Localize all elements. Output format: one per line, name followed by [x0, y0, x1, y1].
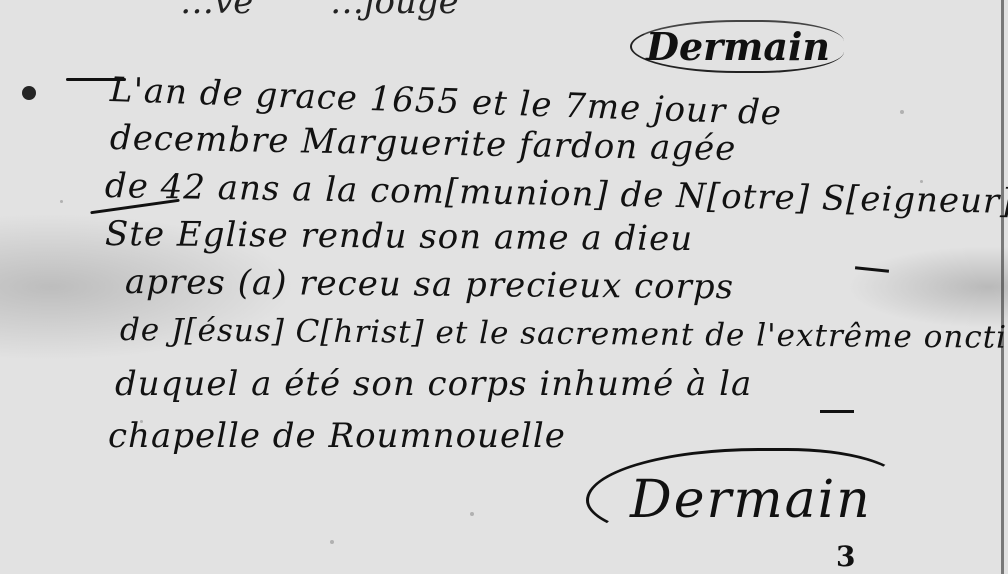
document-scan: …ve …jouge Dermain L'an de grace 1655 et…	[0, 0, 1008, 574]
signature: Dermain	[590, 470, 872, 530]
entry-line-4: Ste Eglise rendu son ame a dieu	[105, 214, 693, 259]
top-fragment-right: …jouge	[330, 0, 459, 22]
entry-line-6: de J[ésus] C[hrist] et le sacrement de l…	[120, 312, 1008, 356]
entry-line-5: apres (a) receu sa precieux corps	[125, 262, 734, 307]
page-mark: 3	[836, 540, 855, 573]
speck	[470, 512, 474, 516]
top-fragment-left: …ve	[180, 0, 253, 22]
entry-line-7: duquel a été son corps inhumé à la	[115, 364, 752, 404]
line-end-dash	[855, 266, 889, 273]
entry-line-8: chapelle de Roumnouelle	[108, 416, 566, 456]
line-end-dash	[820, 410, 854, 413]
margin-name: Dermain	[630, 20, 844, 73]
ink-blot	[22, 86, 36, 100]
speck	[60, 200, 63, 203]
speck	[900, 110, 904, 114]
page-edge	[1001, 0, 1004, 574]
speck	[330, 540, 334, 544]
